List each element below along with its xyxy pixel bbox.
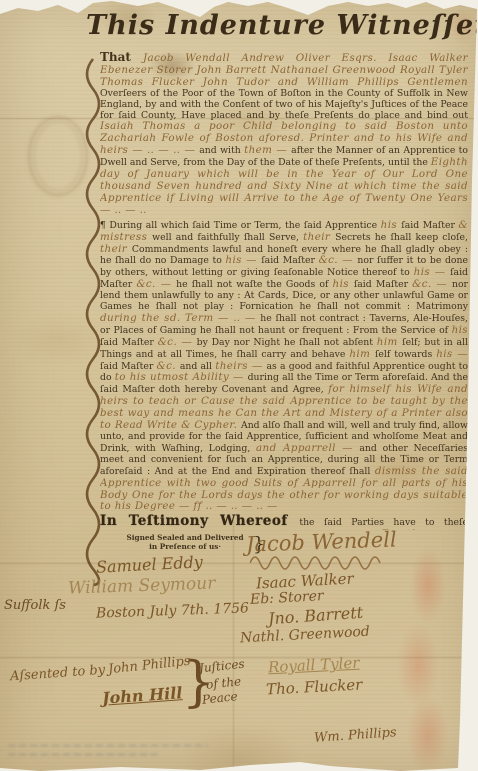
text-segment: his —: [436, 348, 468, 360]
text-segment: well and faithfully ſhall Serve,: [152, 232, 303, 243]
text-segment: their: [100, 243, 132, 255]
text-segment: and with: [199, 145, 244, 156]
signature-flourish: [250, 554, 382, 570]
text-segment: their: [303, 231, 335, 243]
text-segment: his —: [414, 266, 450, 278]
paper: This Indenture Witneſſeth, That Jacob We…: [0, 0, 478, 771]
text-segment: ſaid Maſter: [100, 361, 157, 372]
text-segment: &c. —: [412, 278, 452, 290]
text-segment: Secrets he ſhall keep cloſe,: [335, 232, 468, 243]
text-segment: him: [349, 348, 375, 360]
text-segment: to his utmost Ability —: [115, 371, 248, 383]
text-segment: ſaid Maſter: [401, 220, 458, 231]
text-segment: his: [452, 324, 468, 336]
text-segment: &c. —: [319, 254, 358, 266]
signature-royall-tyler: Royall Tyler: [268, 654, 360, 677]
text-segment: In Teſtimony Whereof: [100, 513, 299, 529]
text-segment: &c. —: [158, 336, 197, 348]
text-segment: ſaid Maſter: [261, 255, 318, 266]
text-segment: Jacob Wendall Andrew Oliver Esqrs. Isaac…: [100, 52, 468, 88]
embossed-seal: [28, 116, 88, 196]
text-segment: ſelf towards: [375, 349, 436, 360]
signature-william-seymour: William Seymour: [68, 573, 216, 598]
text-segment: theirs —: [215, 360, 266, 372]
text-segment: them —: [244, 144, 291, 156]
signature-jacob-wendell: Jacob Wendell: [246, 527, 397, 556]
crease: [232, 520, 235, 771]
document-title: This Indenture Witneſſeth,: [86, 10, 472, 41]
text-segment: Overſeers of the Poor of the Town of Boſ…: [100, 88, 468, 121]
signature-ebenezer-storer: Eb: Storer: [250, 588, 324, 608]
signature-john-hill: John Hill: [101, 683, 183, 708]
jurat-city-date: Boston July 7th. 1756: [96, 600, 249, 621]
text-segment: and all: [180, 361, 215, 372]
signature-william-phillips: Wm. Phillips: [314, 725, 398, 746]
assent-lead: Aſsented to by: [10, 663, 106, 685]
text-segment: &c. —: [136, 278, 176, 290]
text-segment: Day of: [437, 529, 468, 530]
document-body: That Jacob Wendall Andrew Oliver Esqrs. …: [100, 52, 468, 530]
document-photo: This Indenture Witneſſeth, That Jacob We…: [0, 0, 478, 771]
signature-thomas-flucker: Tho. Flucker: [266, 675, 363, 698]
text-segment: his: [333, 278, 354, 290]
text-segment: during the sd. Term — ‥ —: [100, 312, 260, 324]
witness-line2: in Preſence of us·: [118, 543, 252, 552]
text-segment: &c.: [157, 360, 180, 372]
text-segment: he ſhall not waſte the Goods of: [176, 279, 332, 290]
text-segment: by Day nor Night he ſhall not abſent: [197, 337, 377, 348]
jurat-county: Suffolk ſs: [4, 598, 66, 613]
paragraph-covenants: ¶ During all which ſaid Time or Term, th…: [100, 220, 468, 514]
text-segment: ſaid Maſter: [100, 337, 158, 348]
text-segment: his —: [225, 254, 261, 266]
witness-attestation-printed: Signed Sealed and Delivered in Preſence …: [118, 534, 252, 551]
text-segment: ſaid Maſter: [354, 279, 412, 290]
paragraph-opening: That Jacob Wendall Andrew Oliver Esqrs. …: [100, 52, 468, 217]
text-segment: his: [381, 219, 402, 231]
text-segment: ¶ During all which ſaid Time or Term, th…: [100, 220, 381, 231]
signature-samuel-eddy: Samuel Eddy: [96, 552, 204, 577]
text-segment: him: [377, 336, 402, 348]
crease: [0, 562, 478, 565]
pencil-annotation: [8, 744, 218, 764]
text-segment: and Apparrell —: [256, 442, 359, 454]
paragraph-testimony: In Teſtimony Whereof the ſaid Parties ha…: [100, 516, 468, 530]
text-segment: That: [100, 52, 143, 64]
signature-nathaniel-greenwood: Nathl. Greenwood: [240, 624, 371, 647]
